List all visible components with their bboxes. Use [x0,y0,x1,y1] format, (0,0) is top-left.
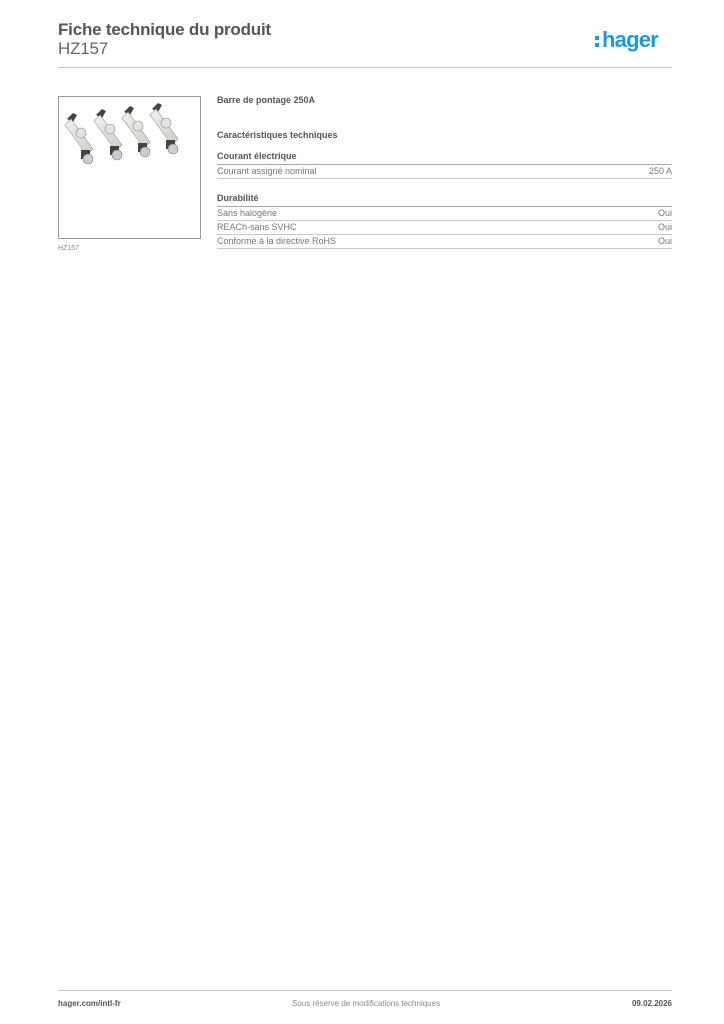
header-divider [58,67,672,68]
hager-logo: hager [595,27,658,53]
spec-row: Sans halogène Oui [217,207,672,221]
product-name: Barre de pontage 250A [217,95,672,107]
busbar-bridge-product-image [59,97,200,238]
spec-row: REACh-sans SVHC Oui [217,221,672,235]
logo-colon-icon [595,34,600,48]
spec-label: Sans halogène [217,207,277,220]
group-title-durability: Durabilité [217,193,672,207]
product-reference: HZ157 [58,39,108,59]
spec-row: Conforme à la directive RoHS Oui [217,235,672,249]
spec-value: 250 A [649,165,672,178]
image-caption: HZ157 [58,245,79,252]
footer-date: 09.02.2026 [632,999,672,1008]
spec-value: Oui [658,221,672,234]
group-title-electrical: Courant électrique [217,151,672,165]
spec-value: Oui [658,207,672,220]
spec-label: REACh-sans SVHC [217,221,297,234]
footer-website-link[interactable]: hager.com/intl-fr [58,999,121,1008]
document-title: Fiche technique du produit [58,20,271,40]
spec-label: Courant assigné nominal [217,165,317,178]
footer-divider [58,990,672,991]
product-image [58,96,201,239]
footer-disclaimer: Sous réserve de modifications techniques [292,999,440,1008]
spec-value: Oui [658,235,672,248]
spec-row: Courant assigné nominal 250 A [217,165,672,179]
logo-text: hager [602,27,658,52]
section-title: Caractéristiques techniques [217,130,672,142]
spec-label: Conforme à la directive RoHS [217,235,336,248]
spec-panel: Barre de pontage 250A Caractéristiques t… [217,95,672,249]
